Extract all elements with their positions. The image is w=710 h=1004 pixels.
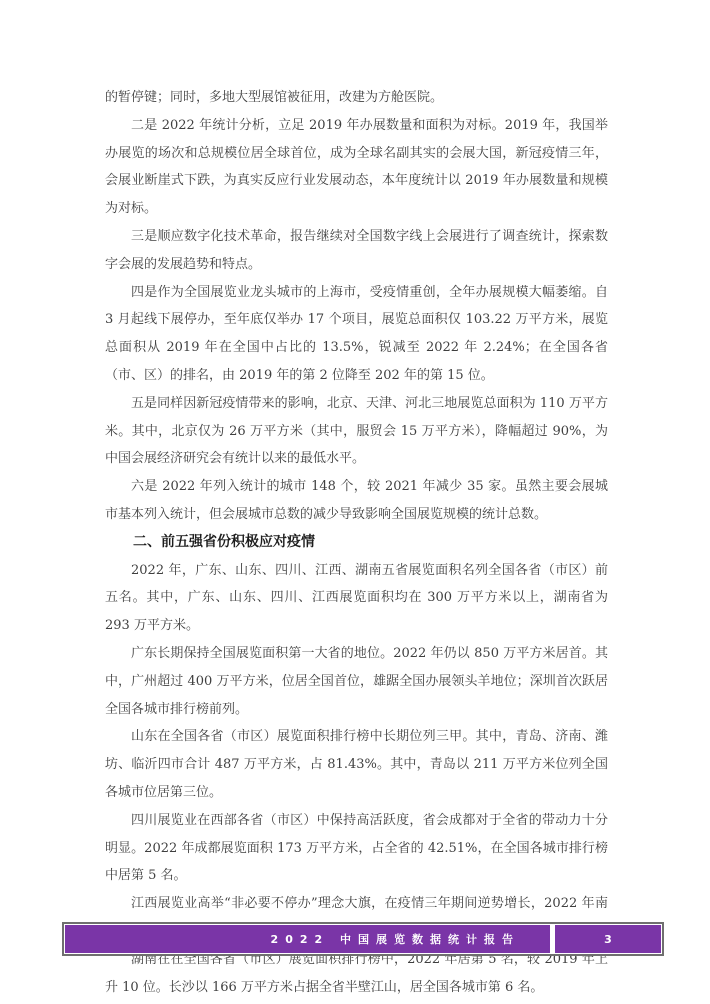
body-paragraph: 四川展览业在西部各省（市区）中保持高活跃度，省会成都对于全省的带动力十分明显。2…	[105, 807, 608, 890]
body-paragraph: 2022 年，广东、山东、四川、江西、湖南五省展览面积名列全国各省（市区）前五名…	[105, 557, 608, 640]
body-paragraph: 六是 2022 年列入统计的城市 148 个，较 2021 年减少 35 家。虽…	[105, 473, 608, 529]
body-paragraph: 四是作为全国展览业龙头城市的上海市，受疫情重创，全年办展规模大幅萎缩。自 3 月…	[105, 279, 608, 390]
footer-page-number-value: 3	[604, 933, 612, 946]
body-paragraph: 二是 2022 年统计分析，立足 2019 年办展数量和面积为对标。2019 年…	[105, 112, 608, 223]
body-paragraph: 三是顺应数字化技术革命，报告继续对全国数字线上会展进行了调查统计，探索数字会展的…	[105, 223, 608, 279]
footer-page-number: 3	[555, 925, 661, 953]
footer-report-title: 2022 中国展览数据统计报告	[271, 931, 520, 947]
body-paragraph: 山东在全国各省（市区）展览面积排行榜中长期位列三甲。其中，青岛、济南、潍坊、临沂…	[105, 723, 608, 806]
body-paragraph: 的暂停键；同时，多地大型展馆被征用，改建为方舱医院。	[105, 84, 608, 112]
body-paragraph: 广东长期保持全国展览面积第一大省的地位。2022 年仍以 850 万平方米居首。…	[105, 640, 608, 723]
document-body: 的暂停键；同时，多地大型展馆被征用，改建为方舱医院。二是 2022 年统计分析，…	[105, 84, 608, 1001]
document-page: 的暂停键；同时，多地大型展馆被征用，改建为方舱医院。二是 2022 年统计分析，…	[0, 0, 710, 1004]
footer-inner: 2022 中国展览数据统计报告 3	[64, 924, 662, 954]
page-footer: 2022 中国展览数据统计报告 3	[62, 922, 664, 956]
footer-title-cell: 2022 中国展览数据统计报告	[65, 925, 550, 953]
body-paragraph: 五是同样因新冠疫情带来的影响，北京、天津、河北三地展览总面积为 110 万平方米…	[105, 390, 608, 473]
section-heading: 二、前五强省份积极应对疫情	[105, 529, 608, 557]
